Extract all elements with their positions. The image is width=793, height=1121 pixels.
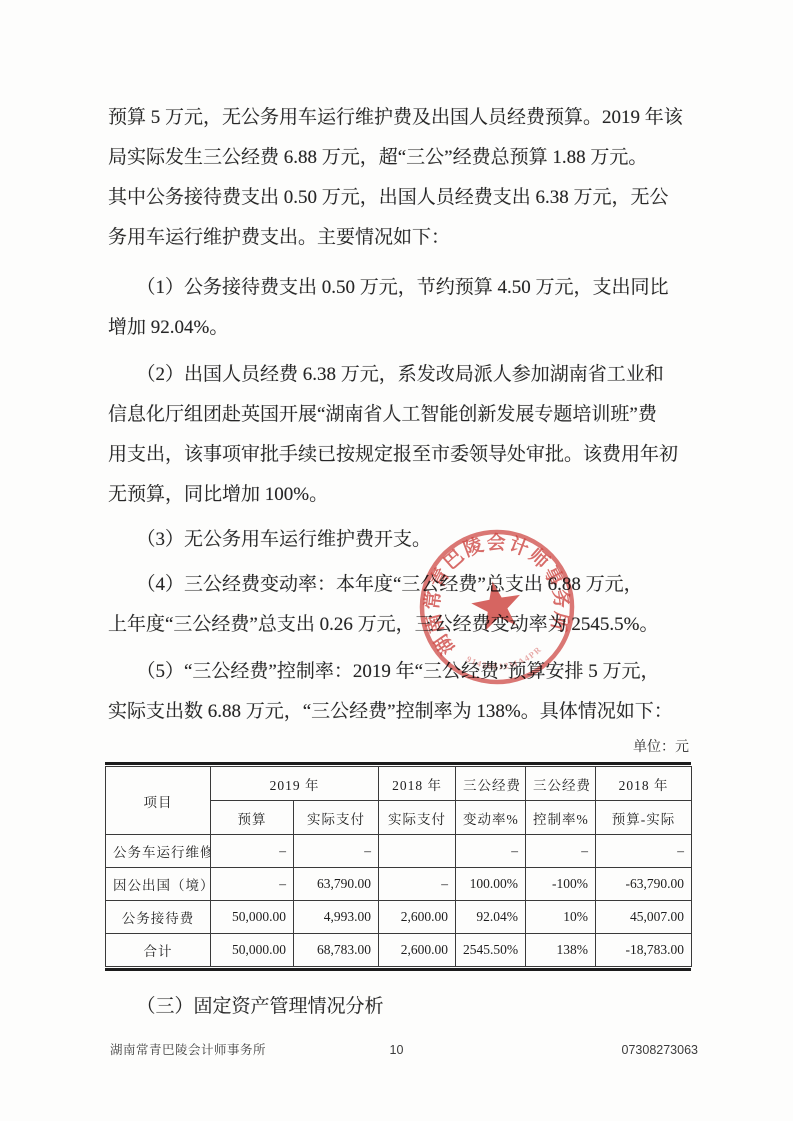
- header-2018: 2018 年: [379, 767, 456, 801]
- cell: –: [526, 835, 596, 868]
- cell: –: [211, 868, 294, 901]
- expense-table-wrap: 项目 2019 年 2018 年 三公经费 三公经费 2018 年 预算 实际支…: [105, 762, 691, 971]
- table-row: 公务接待费 50,000.00 4,993.00 2,600.00 92.04%…: [106, 901, 692, 934]
- text-line: （3）无公务用车运行维护费开支。: [108, 520, 687, 560]
- document-page: 预算 5 万元，无公务用车运行维护费及出国人员经费预算。2019 年该 局实际发…: [0, 0, 793, 1121]
- header-2019: 2019 年: [211, 767, 379, 801]
- header-item: 项目: [106, 767, 211, 835]
- paragraph-intro: 预算 5 万元，无公务用车运行维护费及出国人员经费预算。2019 年该 局实际发…: [108, 98, 687, 258]
- text-line: （2）出国人员经费 6.38 万元，系发改局派人参加湖南省工业和: [108, 355, 687, 395]
- cell: -63,790.00: [596, 868, 692, 901]
- cell: –: [294, 835, 379, 868]
- unit-label: 单位：元: [633, 740, 689, 755]
- row-label: 因公出国（境）: [106, 868, 211, 901]
- cell: 2,600.00: [379, 901, 456, 934]
- footer-code: 07308273063: [622, 1040, 698, 1060]
- text-line: 信息化厅组团赴英国开展“湖南省人工智能创新发展专题培训班”费: [108, 395, 687, 435]
- text-line: 用支出，该事项审批手续已按规定报至市委领导处审批。该费用年初: [108, 435, 687, 475]
- cell: 138%: [526, 934, 596, 967]
- text-line: 实际支出数 6.88 万元，“三公经费”控制率为 138%。具体情况如下：: [108, 692, 687, 732]
- cell: 2,600.00: [379, 934, 456, 967]
- header-budget-minus-actual: 预算-实际: [596, 801, 692, 835]
- text-line: 局实际发生三公经费 6.88 万元，超“三公”经费总预算 1.88 万元。: [108, 138, 687, 178]
- text-line: 增加 92.04%。: [108, 308, 687, 348]
- row-label: 公务接待费: [106, 901, 211, 934]
- report-body: 预算 5 万元，无公务用车运行维护费及出国人员经费预算。2019 年该 局实际发…: [0, 0, 793, 732]
- paragraph-item1: （1）公务接待费支出 0.50 万元，节约预算 4.50 万元，支出同比 增加 …: [108, 268, 687, 348]
- paragraph-item5: （5）“三公经费”控制率：2019 年“三公经费”预算安排 5 万元， 实际支出…: [108, 652, 687, 732]
- text-line: （1）公务接待费支出 0.50 万元，节约预算 4.50 万元，支出同比: [108, 268, 687, 308]
- text-line: 上年度“三公经费”总支出 0.26 万元，三公经费变动率为 2545.5%。: [108, 605, 687, 645]
- text-line: 其中公务接待费支出 0.50 万元，出国人员经费支出 6.38 万元，无公: [108, 178, 687, 218]
- footer-page-number: 10: [390, 1040, 404, 1060]
- table-row-total: 合计 50,000.00 68,783.00 2,600.00 2545.50%…: [106, 934, 692, 967]
- cell: 4,993.00: [294, 901, 379, 934]
- header-change-rate: 变动率%: [456, 801, 526, 835]
- cell: 50,000.00: [211, 934, 294, 967]
- cell: 45,007.00: [596, 901, 692, 934]
- cell: 68,783.00: [294, 934, 379, 967]
- cell: –: [596, 835, 692, 868]
- cell: 50,000.00: [211, 901, 294, 934]
- text-line: （4）三公经费变动率：本年度“三公经费”总支出 6.88 万元，: [108, 565, 687, 605]
- table-row: 因公出国（境） – 63,790.00 – 100.00% -100% -63,…: [106, 868, 692, 901]
- cell: -100%: [526, 868, 596, 901]
- footer-firm-name: 湖南常青巴陵会计师事务所: [110, 1040, 266, 1060]
- header-actual-2019: 实际支付: [294, 801, 379, 835]
- row-label: 公务车运行维修: [106, 835, 211, 868]
- cell: 100.00%: [456, 868, 526, 901]
- cell: 92.04%: [456, 901, 526, 934]
- cell: 10%: [526, 901, 596, 934]
- header-2018-diff: 2018 年: [596, 767, 692, 801]
- page-footer: 湖南常青巴陵会计师事务所 10 07308273063: [0, 1040, 793, 1060]
- cell: [379, 835, 456, 868]
- cell: 2545.50%: [456, 934, 526, 967]
- cell: –: [456, 835, 526, 868]
- header-sangong-control: 三公经费: [526, 767, 596, 801]
- text-line: 无预算，同比增加 100%。: [108, 475, 687, 515]
- header-actual-2018: 实际支付: [379, 801, 456, 835]
- text-line: （5）“三公经费”控制率：2019 年“三公经费”预算安排 5 万元，: [108, 652, 687, 692]
- table-row: 公务车运行维修 – – – – –: [106, 835, 692, 868]
- text-line: 务用车运行维护费支出。主要情况如下：: [108, 218, 687, 258]
- section-heading: （三）固定资产管理情况分析: [0, 987, 793, 1027]
- text-line: 预算 5 万元，无公务用车运行维护费及出国人员经费预算。2019 年该: [108, 98, 687, 138]
- paragraph-item4: （4）三公经费变动率：本年度“三公经费”总支出 6.88 万元， 上年度“三公经…: [108, 565, 687, 645]
- header-control-rate: 控制率%: [526, 801, 596, 835]
- paragraph-item3: （3）无公务用车运行维护费开支。: [108, 520, 687, 560]
- sangong-expense-table: 项目 2019 年 2018 年 三公经费 三公经费 2018 年 预算 实际支…: [105, 766, 692, 967]
- row-label: 合计: [106, 934, 211, 967]
- cell: -18,783.00: [596, 934, 692, 967]
- paragraph-item2: （2）出国人员经费 6.38 万元，系发改局派人参加湖南省工业和 信息化厅组团赴…: [108, 355, 687, 515]
- cell: 63,790.00: [294, 868, 379, 901]
- cell: –: [379, 868, 456, 901]
- cell: –: [211, 835, 294, 868]
- header-sangong-change: 三公经费: [456, 767, 526, 801]
- header-budget: 预算: [211, 801, 294, 835]
- unit-row: 单位：元: [0, 736, 793, 760]
